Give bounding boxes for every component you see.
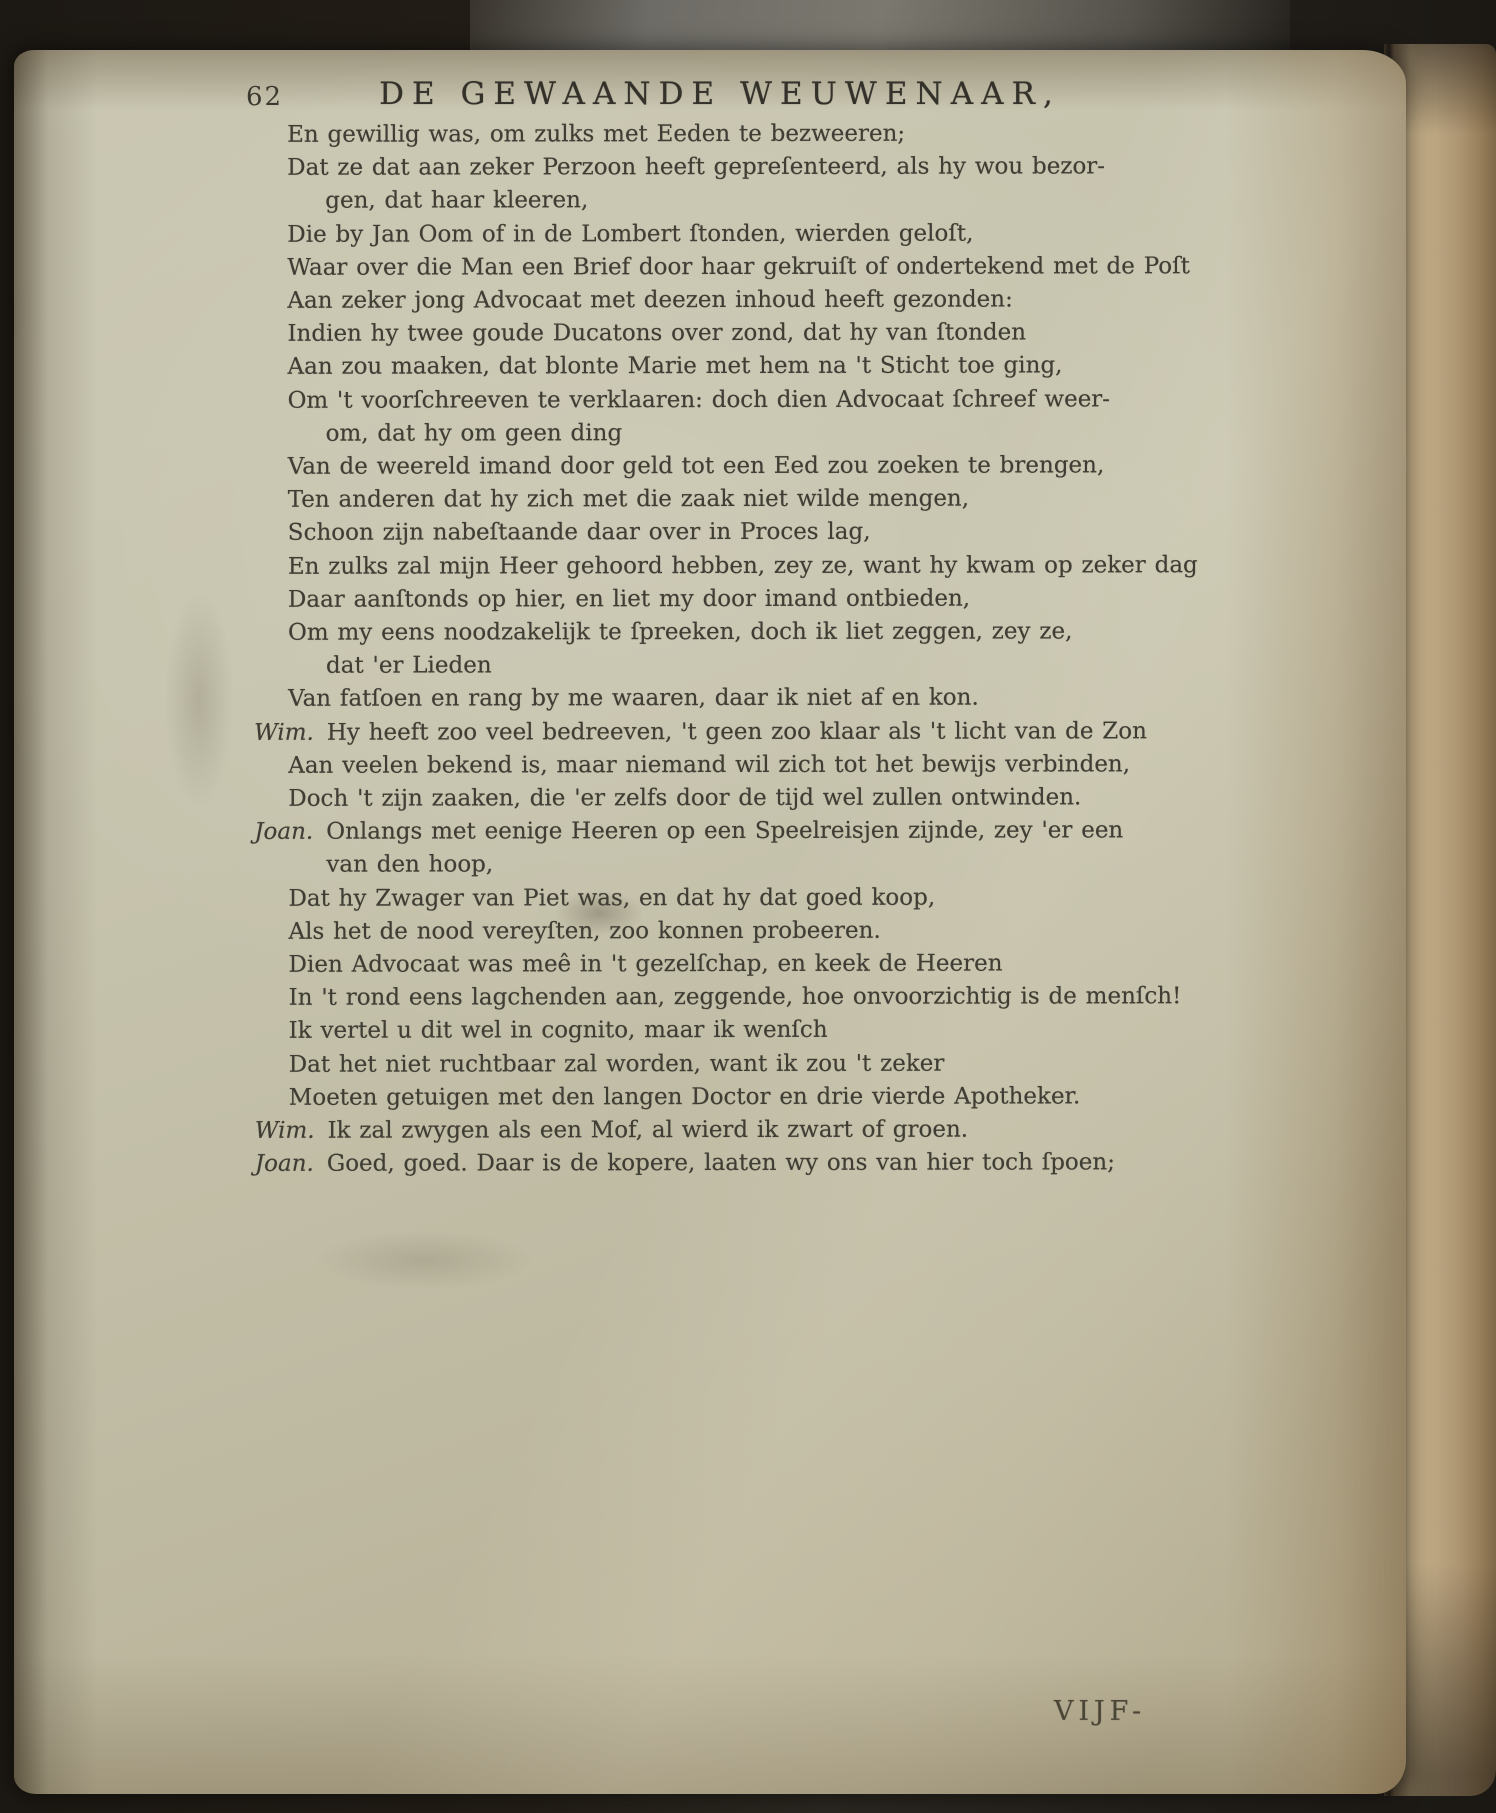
text-line: gen, dat haar kleeren, [249, 184, 1209, 219]
text-line: Moeten getuigen met den langen Doctor en… [251, 1080, 1211, 1115]
text-line: Dat ze dat aan zeker Perzoon heeft gepre… [249, 150, 1209, 185]
paper-stain [314, 1230, 534, 1290]
text-line: Daar aanſtonds op hier, en liet my door … [250, 582, 1210, 617]
text-line: Aan veelen bekend is, maar niemand wil z… [250, 748, 1210, 783]
speaker-name: Wim. [254, 719, 314, 745]
text-line: Indien hy twee goude Ducatons over zond,… [249, 316, 1209, 351]
text-line: Waar over die Man een Brief door haar ge… [249, 250, 1209, 285]
catchword: VIJF- [1054, 1696, 1146, 1727]
text-line: En zulks zal mijn Heer gehoord hebben, z… [250, 549, 1210, 584]
speaker-name: Joan. [255, 1151, 314, 1177]
text-line: In 't rond eens lagchenden aan, zeggende… [251, 980, 1211, 1015]
text-line: Wim.Ik zal zwygen als een Mof, al wierd … [251, 1113, 1211, 1148]
text-line: Wim.Hy heeft zoo veel bedreeven, 't geen… [250, 715, 1210, 750]
text-line: Joan.Goed, goed. Daar is de kopere, laat… [251, 1146, 1211, 1181]
text-line: Ten anderen dat hy zich met die zaak nie… [250, 482, 1210, 517]
speaker-name: Wim. [255, 1118, 315, 1144]
text-line: dat 'er Lieden [250, 648, 1210, 683]
text-line: Schoon zijn nabeſtaande daar over in Pro… [250, 516, 1210, 551]
text-line: van den hoop, [250, 848, 1210, 883]
text-block: En gewillig was, om zulks met Eeden te b… [249, 117, 1211, 1181]
text-line: om, dat hy om geen ding [250, 416, 1210, 451]
text-line: Ik vertel u dit wel in cognito, maar ik … [251, 1014, 1211, 1049]
text-line: Dat hy Zwager van Piet was, en dat hy da… [250, 881, 1210, 916]
text-line: Van fatſoen en rang by me waaren, daar i… [250, 682, 1210, 717]
text-line: Aan zou maaken, dat blonte Marie met hem… [249, 350, 1209, 385]
text-line: Aan zeker jong Advocaat met deezen inhou… [249, 283, 1209, 318]
running-header-title: DE GEWAANDE WEUWENAAR, [250, 76, 1190, 112]
text-line: Als het de nood vereyſten, zoo konnen pr… [250, 914, 1210, 949]
text-line: En gewillig was, om zulks met Eeden te b… [249, 117, 1209, 152]
photo-of-book-page: 62 DE GEWAANDE WEUWENAAR, En gewillig wa… [0, 0, 1496, 1813]
text-line: Doch 't zijn zaaken, die 'er zelfs door … [250, 781, 1210, 816]
text-line: Die by Jan Oom of in de Lombert ſtonden,… [249, 217, 1209, 252]
text-line: Van de weereld imand door geld tot een E… [250, 449, 1210, 484]
text-line: Om my eens noodzakelijk te ſpreeken, doc… [250, 615, 1210, 650]
text-line: Dat het niet ruchtbaar zal worden, want … [251, 1047, 1211, 1082]
book-page: 62 DE GEWAANDE WEUWENAAR, En gewillig wa… [14, 50, 1406, 1794]
speaker-name: Joan. [254, 819, 313, 845]
paper-stain [164, 590, 234, 810]
text-line: Om 't voorſchreeven te verklaaren: doch … [250, 383, 1210, 418]
text-line: Dien Advocaat was meê in 't gezelſchap, … [251, 947, 1211, 982]
text-line: Joan.Onlangs met eenige Heeren op een Sp… [250, 814, 1210, 849]
